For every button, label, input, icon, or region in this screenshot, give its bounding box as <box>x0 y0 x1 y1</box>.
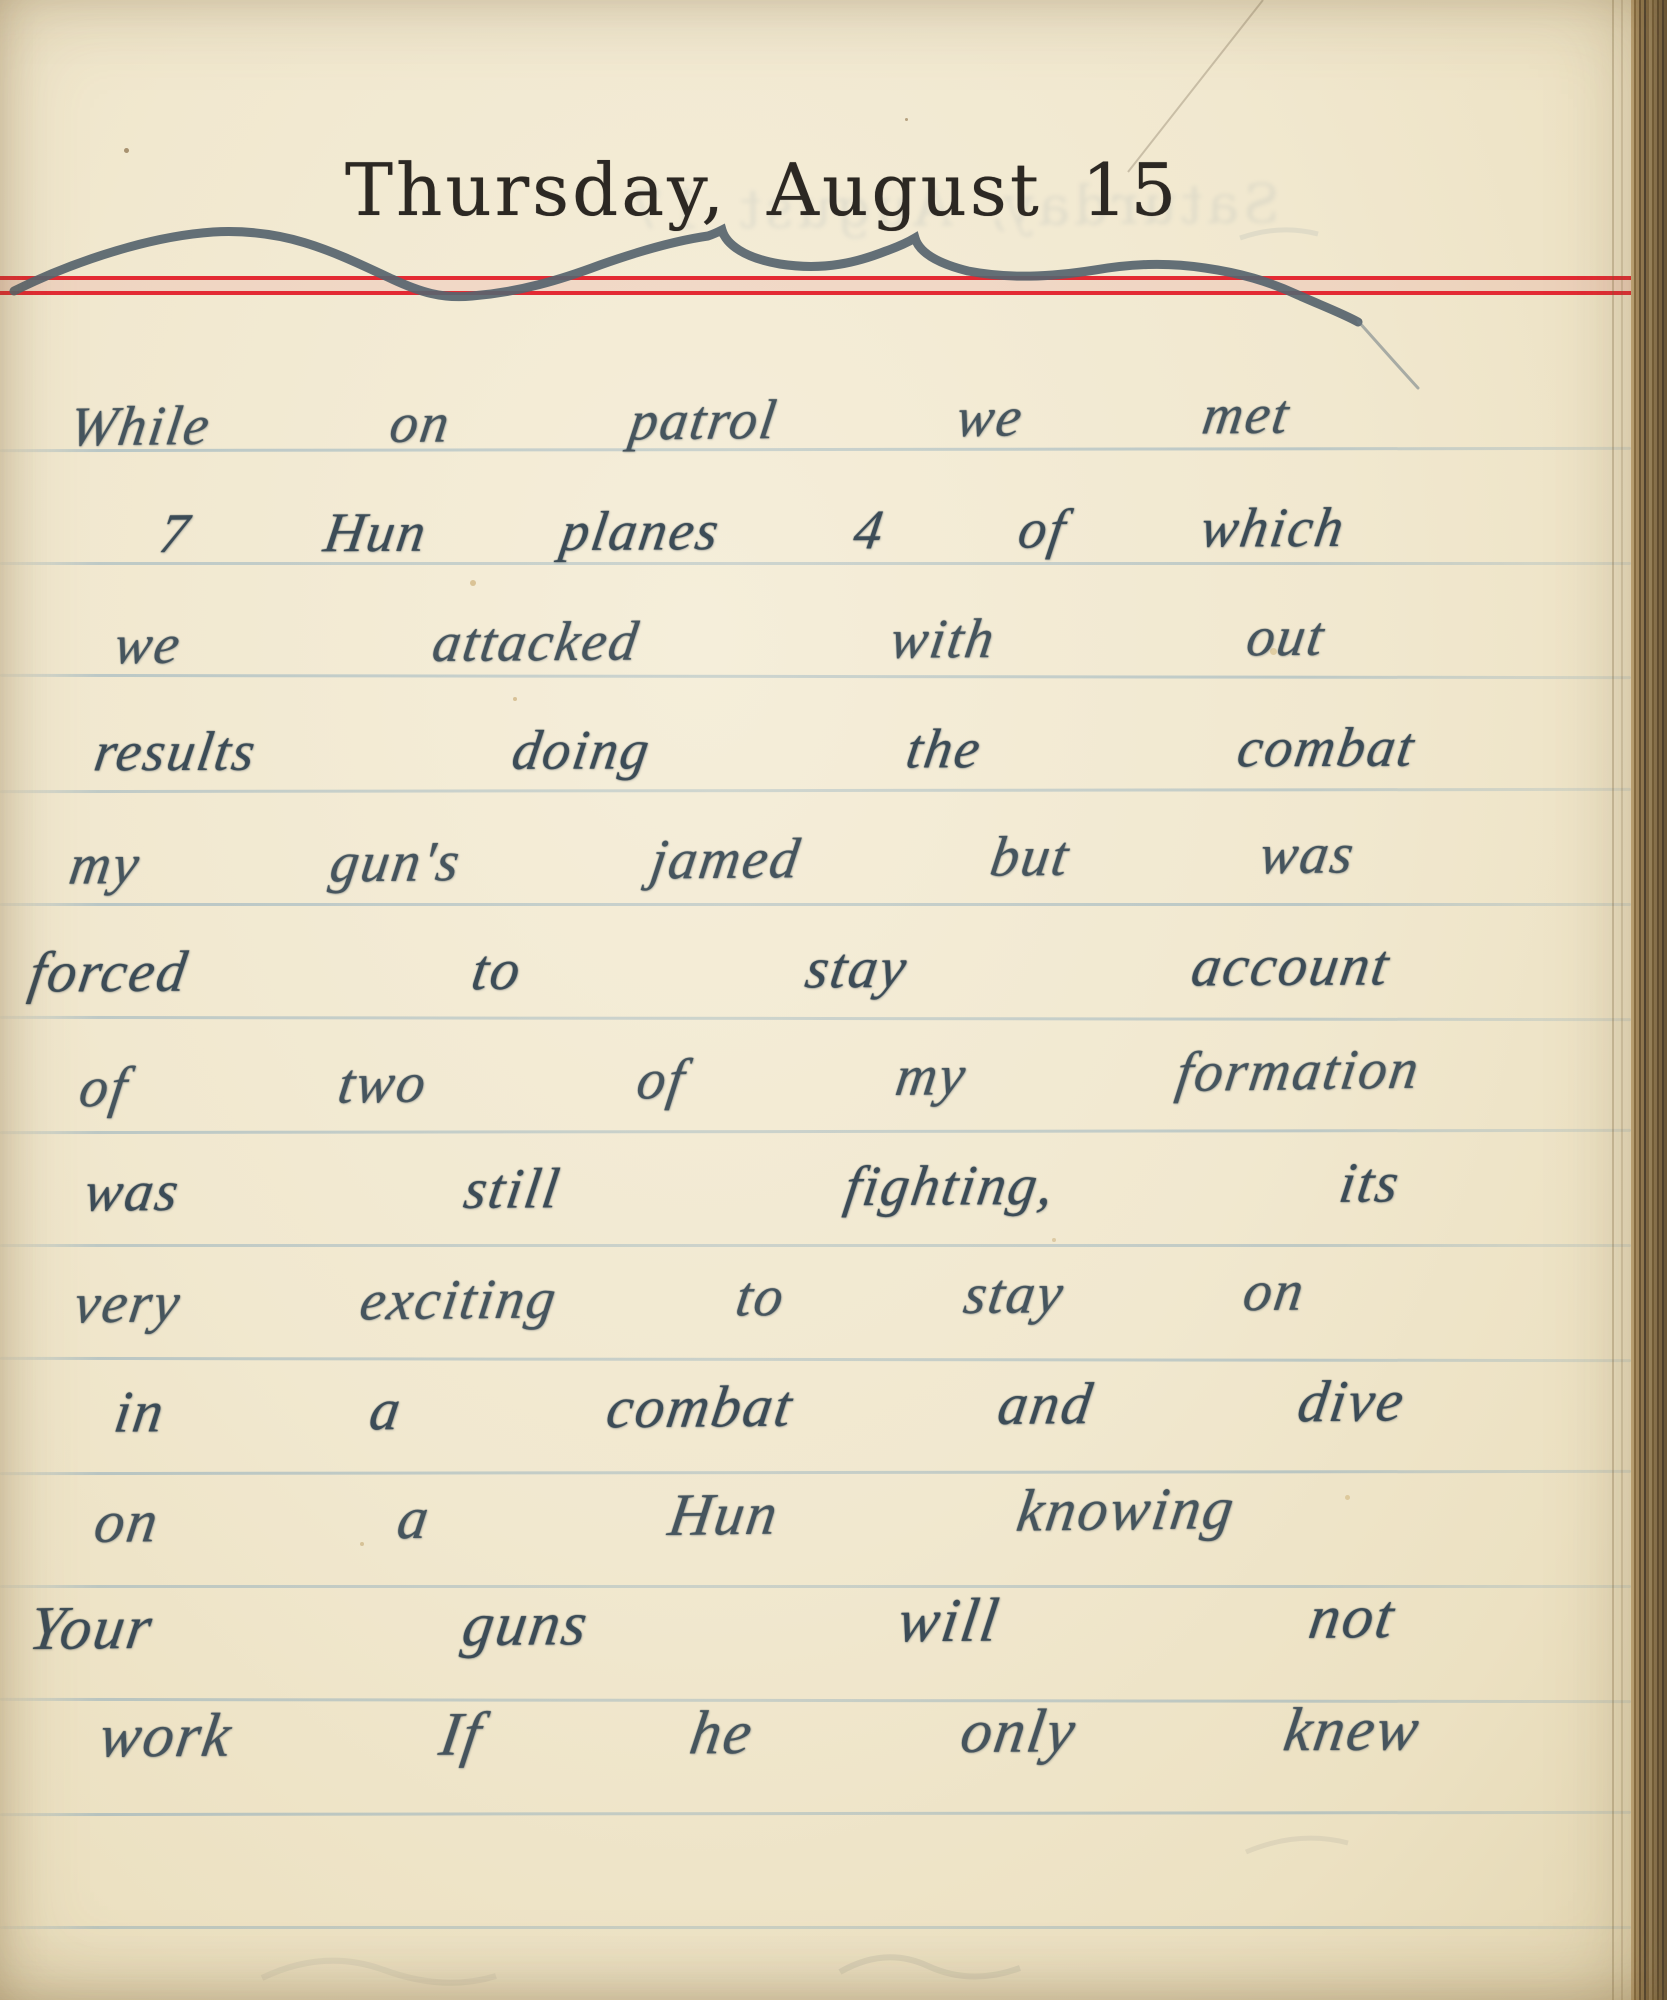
entry-line-7: oftwoofmyformation <box>75 1037 1424 1121</box>
entry-word: gun's <box>326 829 466 895</box>
entry-word: combat <box>602 1372 798 1443</box>
entry-word: on <box>1239 1259 1310 1325</box>
entry-word: work <box>95 1701 238 1773</box>
entry-word: of <box>75 1055 133 1121</box>
entry-word: on <box>90 1487 164 1557</box>
entry-word: on <box>386 391 455 456</box>
bleed-squiggle <box>262 1961 496 1983</box>
entry-word: in <box>110 1377 170 1447</box>
foxing-speck <box>905 118 908 121</box>
entry-word: and <box>994 1369 1099 1439</box>
foxing-speck <box>1052 1238 1056 1242</box>
entry-word: doing <box>508 718 655 783</box>
entry-line-3: weattackedwithout <box>110 605 1330 678</box>
entry-word: only <box>956 1696 1082 1768</box>
foxing-speck <box>1345 1495 1350 1500</box>
entry-word: account <box>1187 931 1395 999</box>
rule-line <box>0 1926 1631 1929</box>
entry-line-2: 7Hunplanes4ofwhich <box>155 496 1350 566</box>
entry-word: results <box>90 720 261 785</box>
entry-word: two <box>334 1050 432 1116</box>
entry-word: a <box>393 1484 435 1554</box>
rule-line <box>0 1357 1631 1362</box>
ink-swoosh-tail <box>1358 321 1418 388</box>
entry-word: formation <box>1172 1037 1424 1106</box>
entry-word: to <box>732 1264 790 1330</box>
entry-word: was <box>80 1159 185 1225</box>
entry-word: very <box>70 1270 186 1336</box>
entry-word: met <box>1198 383 1294 448</box>
entry-word: exciting <box>356 1266 562 1333</box>
rule-line <box>0 1811 1631 1816</box>
entry-word: my <box>65 832 145 898</box>
entry-word: my <box>892 1043 972 1109</box>
entry-word: 7 <box>155 502 195 566</box>
entry-word: we <box>952 385 1028 450</box>
entry-word: Your <box>25 1593 159 1665</box>
entry-word: not <box>1304 1582 1400 1654</box>
entry-word: the <box>902 717 986 781</box>
entry-word: Hun <box>664 1480 783 1550</box>
entry-line-1: Whileonpatrolwemet <box>65 383 1294 460</box>
entry-word: forced <box>25 938 193 1006</box>
entry-word: Hun <box>320 501 432 566</box>
entry-line-13: workIfheonlyknew <box>95 1695 1426 1773</box>
page-edge-crease <box>1621 0 1623 2000</box>
entry-line-8: wasstillfighting,its <box>80 1150 1405 1224</box>
rule-line <box>0 1470 1631 1475</box>
entry-word: of <box>1014 497 1071 561</box>
entry-line-6: forcedtostayaccount <box>25 931 1395 1005</box>
entry-word: knew <box>1279 1695 1425 1767</box>
entry-word: planes <box>557 499 725 564</box>
entry-line-4: resultsdoingthecombat <box>90 716 1420 785</box>
rule-line <box>0 1244 1631 1247</box>
paper-crease-line <box>1128 0 1263 172</box>
entry-word: will <box>893 1585 1005 1657</box>
entry-word: stay <box>801 934 913 1002</box>
entry-word: dive <box>1294 1366 1411 1436</box>
rule-line <box>0 1016 1631 1021</box>
entry-line-10: inacombatanddive <box>110 1366 1410 1446</box>
entry-word: to <box>467 936 526 1003</box>
entry-line-11: onaHunknowing <box>90 1474 1240 1557</box>
page-edge-crease <box>1612 0 1614 2000</box>
entry-line-12: Yourgunswillnot <box>25 1582 1401 1665</box>
entry-word: guns <box>458 1589 594 1661</box>
foxing-speck <box>513 697 517 701</box>
entry-word: its <box>1335 1150 1405 1215</box>
entry-word: still <box>460 1156 565 1222</box>
entry-word: a <box>365 1375 407 1444</box>
entry-word: If <box>435 1699 488 1770</box>
entry-word: patrol <box>626 388 782 454</box>
entry-word: stay <box>960 1261 1069 1327</box>
page-date-heading: Thursday, August 15 <box>345 148 1179 232</box>
bleed-squiggle <box>840 1957 1020 1976</box>
entry-word: with <box>886 607 1000 672</box>
entry-word: out <box>1243 605 1330 670</box>
red-rule-top <box>0 276 1667 280</box>
rule-line <box>0 788 1631 793</box>
entry-word: combat <box>1233 716 1420 781</box>
entry-word: While <box>65 394 215 460</box>
entry-word: we <box>110 613 186 678</box>
foxing-speck <box>124 148 129 153</box>
entry-word: which <box>1196 496 1350 561</box>
entry-word: he <box>685 1698 758 1769</box>
entry-line-5: mygun'sjamedbutwas <box>65 821 1360 897</box>
foxing-speck <box>470 580 476 586</box>
red-rule-bottom <box>0 291 1667 295</box>
red-rule-tint <box>0 280 1667 291</box>
entry-word: 4 <box>850 498 890 562</box>
entry-word: jamed <box>646 826 805 892</box>
entry-word: attacked <box>428 610 643 676</box>
book-page-edges <box>1631 0 1667 2000</box>
entry-word: but <box>986 824 1075 890</box>
rule-line <box>0 1129 1631 1134</box>
entry-word: fighting, <box>840 1153 1059 1220</box>
entry-word: of <box>633 1047 691 1113</box>
entry-word: knowing <box>1013 1474 1240 1546</box>
bleed-squiggle <box>1246 1838 1348 1852</box>
rule-line <box>0 903 1631 906</box>
entry-word: was <box>1255 821 1359 887</box>
diary-page: Saturday, August 17 Thursday, August 15 … <box>0 0 1667 2000</box>
entry-line-9: veryexcitingtostayon <box>70 1259 1310 1337</box>
